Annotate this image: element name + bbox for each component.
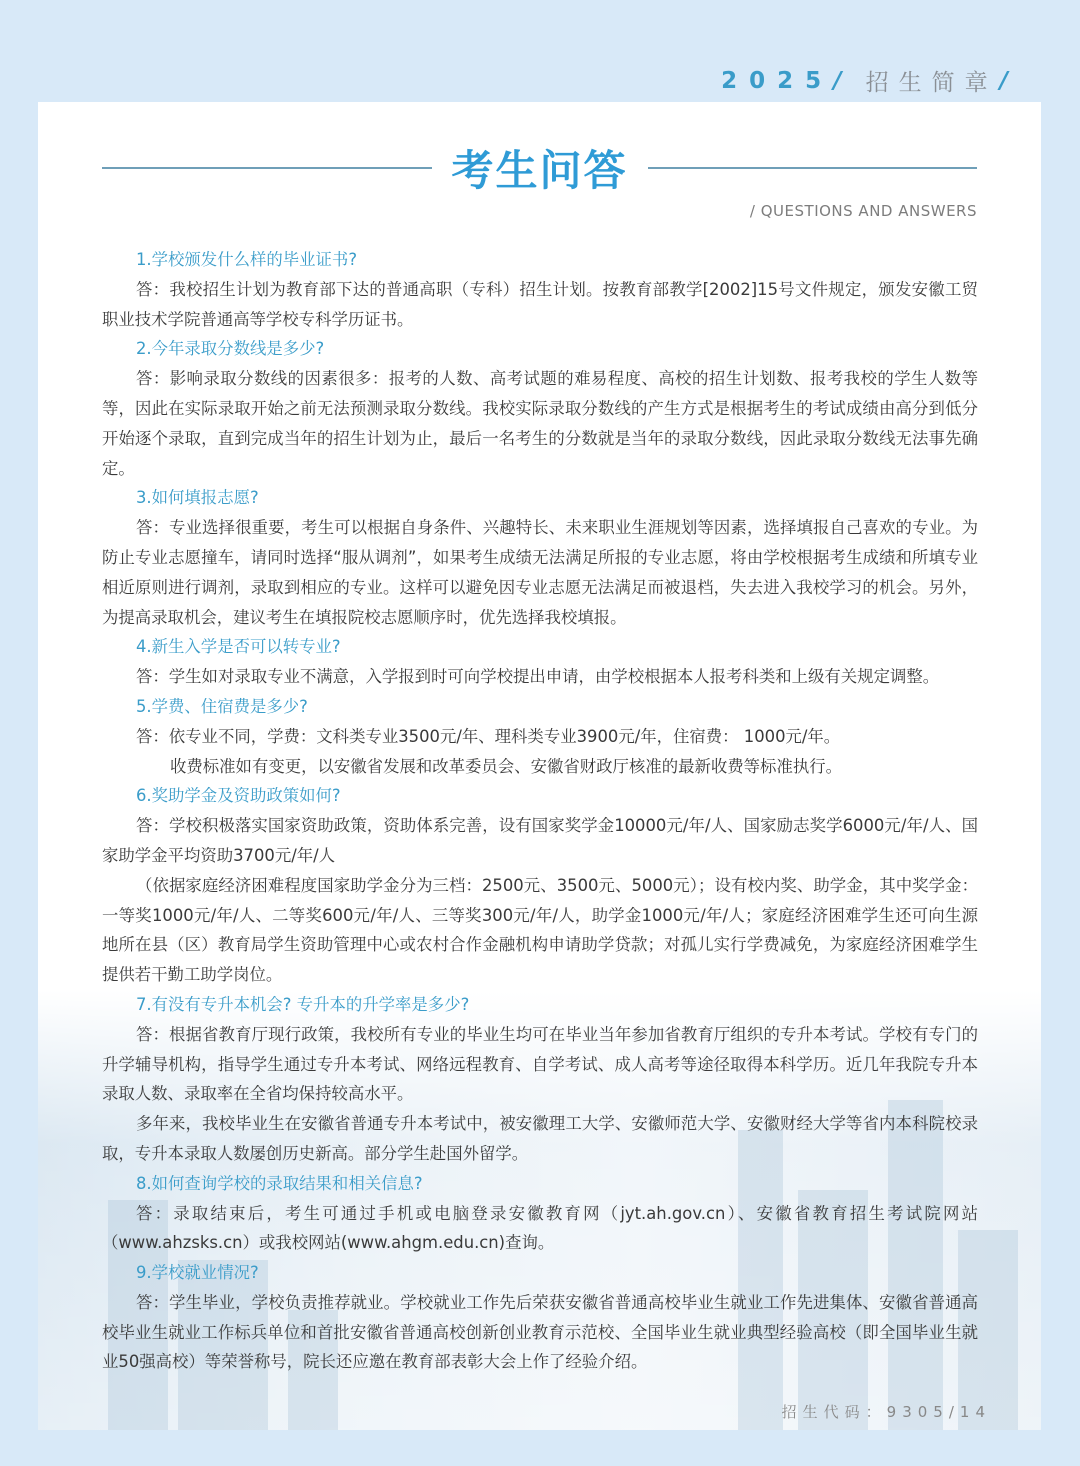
- answer-2: 答：影响录取分数线的因素很多：报考的人数、高考试题的难易程度、高校的招生计划数、…: [102, 364, 978, 483]
- answer-7-detail: 多年来，我校毕业生在安徽省普通专升本考试中，被安徽理工大学、安徽师范大学、安徽财…: [102, 1109, 978, 1169]
- question-8: 8.如何查询学校的录取结果和相关信息?: [102, 1169, 978, 1199]
- question-6: 6.奖助学金及资助政策如何?: [102, 781, 978, 811]
- section-subtitle: / QUESTIONS AND ANSWERS: [750, 202, 977, 220]
- header-year: 2025: [721, 68, 833, 94]
- content-card: 考生问答 / QUESTIONS AND ANSWERS 1.学校颁发什么样的毕…: [38, 102, 1041, 1430]
- question-7: 7.有没有专升本机会? 专升本的升学率是多少?: [102, 990, 978, 1020]
- answer-5-note: 收费标准如有变更，以安徽省发展和改革委员会、安徽省财政厅核准的最新收费等标准执行…: [102, 752, 978, 782]
- section-title-row: 考生问答: [102, 138, 977, 198]
- question-4: 4.新生入学是否可以转专业?: [102, 632, 978, 662]
- page-header: 2025 / 招生简章 /: [721, 64, 1018, 97]
- question-2: 2.今年录取分数线是多少?: [102, 334, 978, 364]
- question-9: 9.学校就业情况?: [102, 1258, 978, 1288]
- answer-6: 答：学校积极落实国家资助政策，资助体系完善，设有国家奖学金10000元/年/人、…: [102, 811, 978, 871]
- divider-left: [102, 167, 432, 169]
- header-end-slash: /: [1000, 68, 1018, 94]
- answer-5: 答：依专业不同，学费：文科类专业3500元/年、理科类专业3900元/年，住宿费…: [102, 722, 978, 752]
- page-footer: 招生代码：9305/14: [782, 1401, 991, 1422]
- question-1: 1.学校颁发什么样的毕业证书?: [102, 245, 978, 275]
- question-3: 3.如何填报志愿?: [102, 483, 978, 513]
- header-title: 招生简章: [866, 64, 998, 97]
- header-slash: /: [833, 68, 851, 94]
- question-5: 5.学费、住宿费是多少?: [102, 692, 978, 722]
- answer-3: 答：专业选择很重要，考生可以根据自身条件、兴趣特长、未来职业生涯规划等因素，选择…: [102, 513, 978, 632]
- divider-right: [648, 167, 978, 169]
- answer-6-detail: （依据家庭经济困难程度国家助学金分为三档：2500元、3500元、5000元）；…: [102, 871, 978, 990]
- qa-list: 1.学校颁发什么样的毕业证书? 答：我校招生计划为教育部下达的普通高职（专科）招…: [102, 245, 978, 1377]
- section-title: 考生问答: [452, 138, 628, 198]
- answer-9: 答：学生毕业，学校负责推荐就业。学校就业工作先后荣获安徽省普通高校毕业生就业工作…: [102, 1288, 978, 1377]
- answer-1: 答：我校招生计划为教育部下达的普通高职（专科）招生计划。按教育部教学[2002]…: [102, 275, 978, 335]
- answer-7: 答：根据省教育厅现行政策，我校所有专业的毕业生均可在毕业当年参加省教育厅组织的专…: [102, 1020, 978, 1109]
- answer-8: 答：录取结束后，考生可通过手机或电脑登录安徽教育网（jyt.ah.gov.cn）…: [102, 1199, 978, 1259]
- answer-4: 答：学生如对录取专业不满意，入学报到时可向学校提出申请，由学校根据本人报考科类和…: [102, 662, 978, 692]
